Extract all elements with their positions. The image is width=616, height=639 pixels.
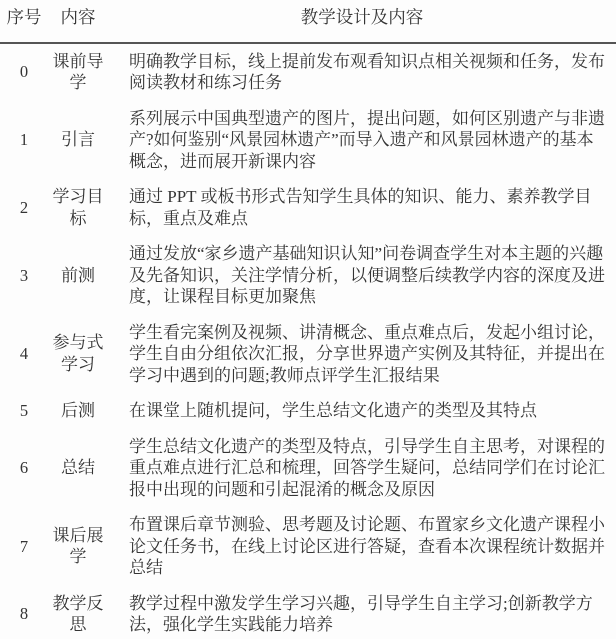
row-sequence: 1 [0,101,48,180]
row-sequence: 0 [0,43,48,101]
row-detail-text: 学生总结文化遗产的类型及特点，引导学生自主思考，对课程的重点难点进行汇总和梳理，… [108,429,616,508]
row-sequence: 5 [0,393,48,429]
row-stage-label: 后测 [48,393,108,429]
row-detail-text: 在课堂上随机提问，学生总结文化遗产的类型及其特点 [108,393,616,429]
table-row: 0 课前导学 明确教学目标，线上提前发布观看知识点相关视频和任务，发布阅读教材和… [0,43,616,101]
table-row: 7 课后展学 布置课后章节测验、思考题及讨论题、布置家乡文化遗产课程小论文任务书… [0,507,616,586]
column-header-teaching-design: 教学设计及内容 [108,0,616,43]
row-detail-text: 明确教学目标，线上提前发布观看知识点相关视频和任务，发布阅读教材和练习任务 [108,43,616,101]
row-detail-text: 系列展示中国典型遗产的图片，提出问题，如何区别遗产与非遗产?如何鉴别“风景园林遗… [108,101,616,180]
table-body: 0 课前导学 明确教学目标，线上提前发布观看知识点相关视频和任务，发布阅读教材和… [0,43,616,639]
row-sequence: 3 [0,236,48,315]
row-sequence: 4 [0,315,48,394]
row-stage-label: 引言 [48,101,108,180]
row-stage-label: 课前导学 [48,43,108,101]
row-detail-text: 教学过程中激发学生学习兴趣，引导学生自主学习;创新教学方法，强化学生实践能力培养 [108,586,616,639]
table-row: 3 前测 通过发放“家乡遗产基础知识认知”问卷调查学生对本主题的兴趣及先备知识，… [0,236,616,315]
scanned-table-page: 序号 内容 教学设计及内容 0 课前导学 明确教学目标，线上提前发布观看知识点相… [0,0,616,639]
row-stage-label: 教学反思 [48,586,108,639]
table-row: 4 参与式学习 学生看完案例及视频、讲清概念、重点难点后，发起小组讨论，学生自由… [0,315,616,394]
row-sequence: 8 [0,586,48,639]
row-detail-text: 布置课后章节测验、思考题及讨论题、布置家乡文化遗产课程小论文任务书，在线上讨论区… [108,507,616,586]
row-stage-label: 参与式学习 [48,315,108,394]
row-stage-label: 课后展学 [48,507,108,586]
table-row: 2 学习目标 通过 PPT 或板书形式告知学生具体的知识、能力、素养教学目标，重… [0,179,616,236]
row-stage-label: 前测 [48,236,108,315]
table-row: 1 引言 系列展示中国典型遗产的图片，提出问题，如何区别遗产与非遗产?如何鉴别“… [0,101,616,180]
row-detail-text: 学生看完案例及视频、讲清概念、重点难点后，发起小组讨论，学生自由分组依次汇报，分… [108,315,616,394]
row-sequence: 7 [0,507,48,586]
teaching-design-table: 序号 内容 教学设计及内容 0 课前导学 明确教学目标，线上提前发布观看知识点相… [0,0,616,639]
table-row: 5 后测 在课堂上随机提问，学生总结文化遗产的类型及其特点 [0,393,616,429]
row-sequence: 6 [0,429,48,508]
row-detail-text: 通过 PPT 或板书形式告知学生具体的知识、能力、素养教学目标，重点及难点 [108,179,616,236]
table-row: 8 教学反思 教学过程中激发学生学习兴趣，引导学生自主学习;创新教学方法，强化学… [0,586,616,639]
row-sequence: 2 [0,179,48,236]
row-stage-label: 学习目标 [48,179,108,236]
column-header-content: 内容 [48,0,108,43]
row-detail-text: 通过发放“家乡遗产基础知识认知”问卷调查学生对本主题的兴趣及先备知识，关注学情分… [108,236,616,315]
column-header-sequence: 序号 [0,0,48,43]
table-row: 6 总结 学生总结文化遗产的类型及特点，引导学生自主思考，对课程的重点难点进行汇… [0,429,616,508]
row-stage-label: 总结 [48,429,108,508]
table-header-row: 序号 内容 教学设计及内容 [0,0,616,43]
